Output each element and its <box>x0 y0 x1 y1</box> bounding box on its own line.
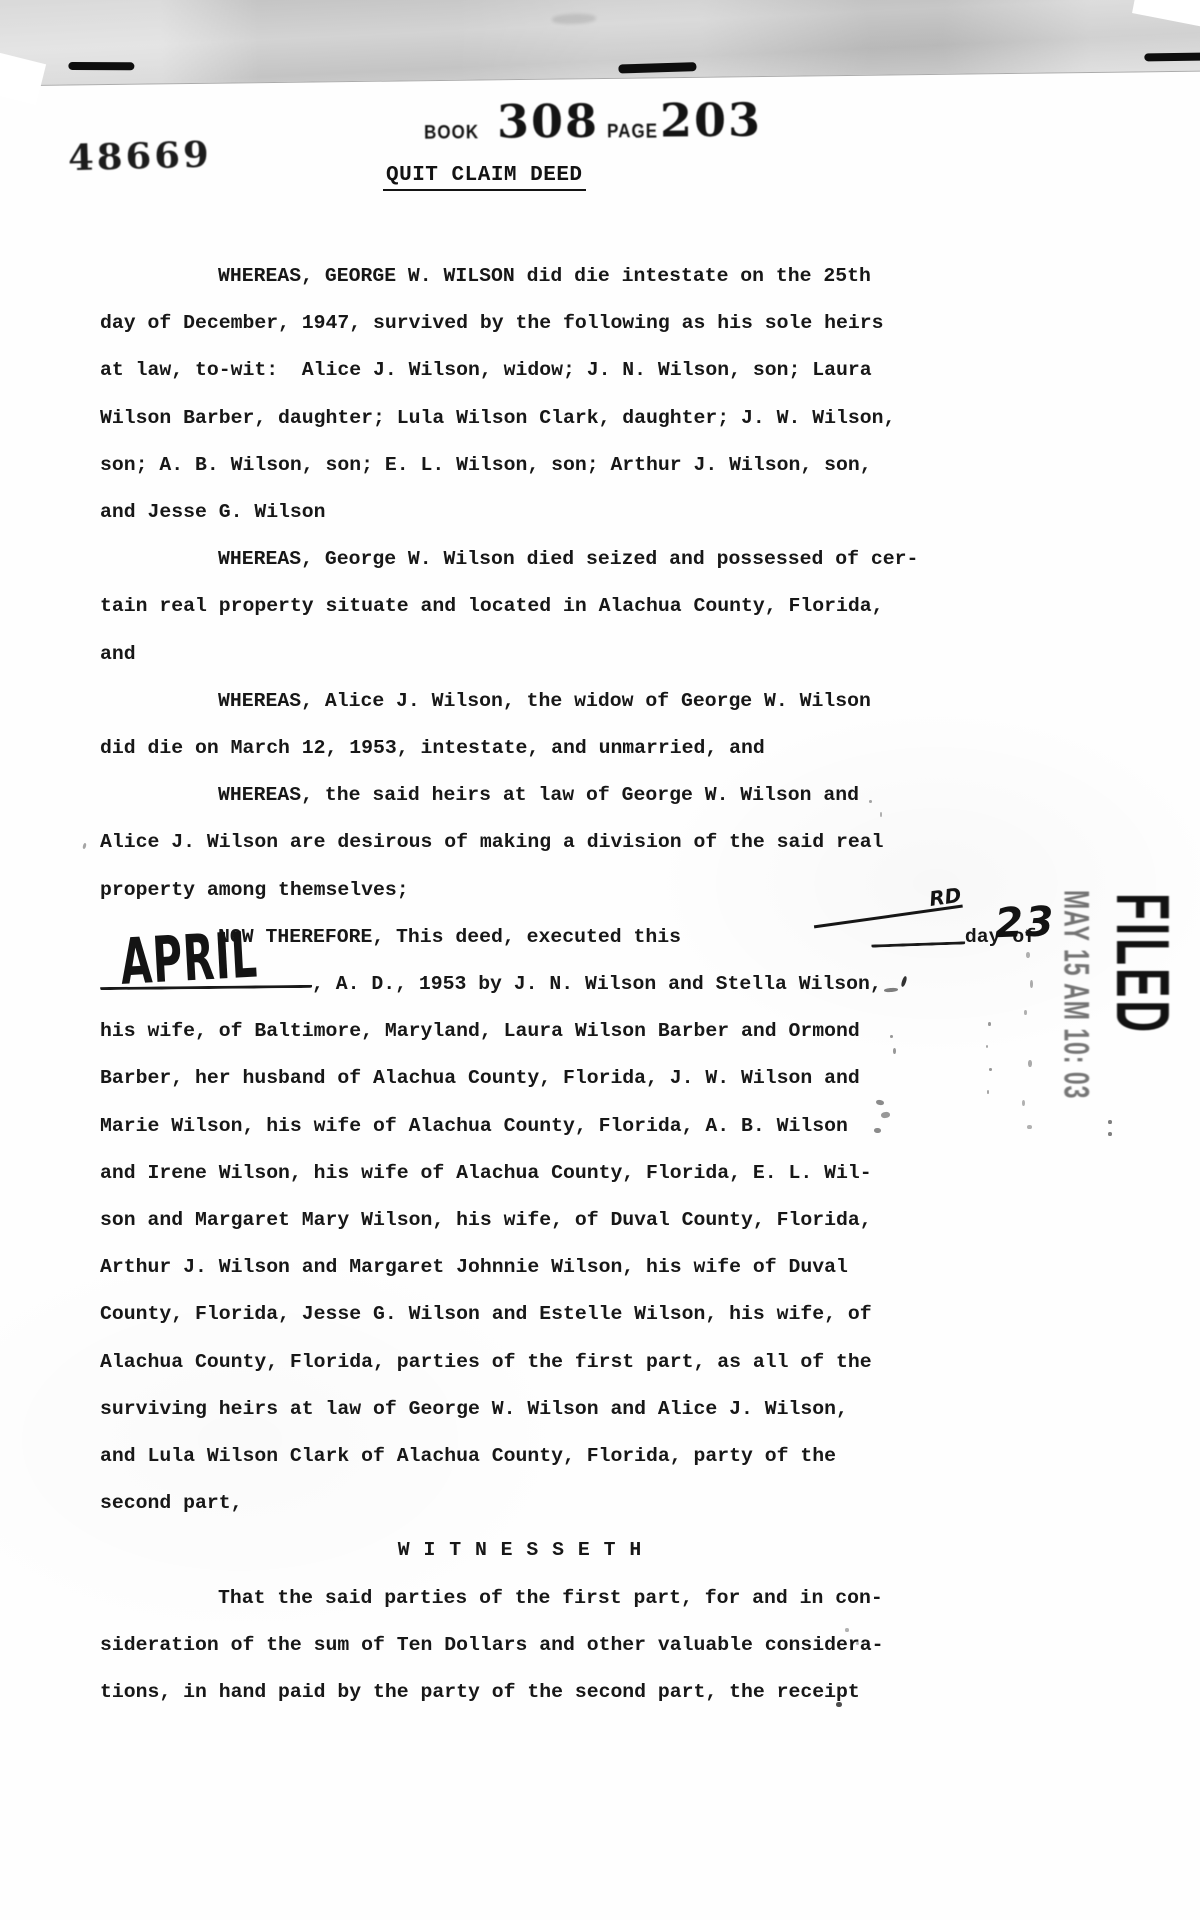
book-page-stamp: BOOK 308 PAGE 203 <box>424 97 762 145</box>
deed-text-line: WHEREAS, George W. Wilson died seized an… <box>100 536 1110 583</box>
ink-speck <box>856 1642 859 1645</box>
ink-speck <box>1027 1125 1032 1129</box>
ink-speck <box>1028 1060 1032 1067</box>
deed-text-line: Arthur J. Wilson and Margaret Johnnie Wi… <box>100 1244 1110 1291</box>
deed-text-line: Wilson Barber, daughter; Lula Wilson Cla… <box>100 395 1110 442</box>
deed-text-line: and Jesse G. Wilson <box>100 489 1110 536</box>
typed-text: Arthur J. Wilson and Margaret Johnnie Wi… <box>100 1256 848 1278</box>
ink-speck <box>874 1128 881 1134</box>
ink-speck <box>988 1022 991 1026</box>
deed-text-line: at law, to-wit: Alice J. Wilson, widow; … <box>100 347 1110 394</box>
typed-text: sideration of the sum of Ten Dollars and… <box>100 1634 883 1656</box>
deed-text-line: WHEREAS, Alice J. Wilson, the widow of G… <box>100 678 1110 725</box>
typed-text: Alachua County, Florida, parties of the … <box>100 1351 872 1373</box>
ink-speck <box>989 1068 992 1071</box>
registration-dash <box>618 62 696 73</box>
typed-blank-space <box>681 926 871 948</box>
typed-text: WHEREAS, GEORGE W. WILSON did die intest… <box>218 265 871 287</box>
deed-text-line: tain real property situate and located i… <box>100 583 1110 630</box>
typed-text: County, Florida, Jesse G. Wilson and Est… <box>100 1303 872 1325</box>
ink-speck <box>890 1035 893 1038</box>
typed-text: his wife, of Baltimore, Maryland, Laura … <box>100 1020 860 1042</box>
ink-speck <box>1026 952 1030 958</box>
ink-speck <box>893 1048 896 1054</box>
page-number: 203 <box>660 97 762 144</box>
typed-text: Marie Wilson, his wife of Alachua County… <box>100 1115 848 1137</box>
typed-text: Barber, her husband of Alachua County, F… <box>100 1067 860 1089</box>
typed-text: and Lula Wilson Clark of Alachua County,… <box>100 1445 836 1467</box>
typed-text: WHEREAS, the said heirs at law of George… <box>218 784 859 806</box>
typed-text: WHEREAS, Alice J. Wilson, the widow of G… <box>218 690 871 712</box>
typed-text: and Jesse G. Wilson <box>100 501 326 523</box>
deed-text-line: WHEREAS, GEORGE W. WILSON did die intest… <box>100 253 1110 300</box>
typed-text: Alice J. Wilson are desirous of making a… <box>100 831 883 853</box>
registration-dash <box>1144 52 1200 61</box>
typed-text: surviving heirs at law of George W. Wils… <box>100 1398 848 1420</box>
typed-text: NOW THEREFORE, This deed, executed this <box>218 926 681 948</box>
deed-text-line: Alice J. Wilson are desirous of making a… <box>100 819 1110 866</box>
filed-stamp-label: FILED <box>1103 893 1178 1035</box>
book-number: 308 <box>497 98 599 145</box>
deed-text-line: surviving heirs at law of George W. Wils… <box>100 1386 1110 1433</box>
book-label: BOOK <box>424 121 479 144</box>
deed-text-line: APRIL, A. D., 1953 by J. N. Wilson and S… <box>100 961 1110 1008</box>
document-title: QUIT CLAIM DEED <box>383 164 586 191</box>
deed-text-line: That the said parties of the first part,… <box>100 1575 1110 1622</box>
scanner-edge-artifact <box>0 0 1200 86</box>
typed-text: and <box>100 643 136 665</box>
ink-speck <box>1024 1010 1027 1015</box>
deed-text-line: tions, in hand paid by the party of the … <box>100 1669 1110 1716</box>
deed-text-line: son; A. B. Wilson, son; E. L. Wilson, so… <box>100 442 1110 489</box>
deed-text-line: his wife, of Baltimore, Maryland, Laura … <box>100 1008 1110 1055</box>
typed-text: WHEREAS, George W. Wilson died seized an… <box>218 548 918 570</box>
ink-speck <box>1108 1120 1112 1124</box>
ink-speck <box>880 812 882 817</box>
typed-text: at law, to-wit: Alice J. Wilson, widow; … <box>100 359 872 381</box>
typed-text: tions, in hand paid by the party of the … <box>100 1681 860 1703</box>
deed-text-line: sideration of the sum of Ten Dollars and… <box>100 1622 1110 1669</box>
handwritten-day: 23RD <box>871 923 966 947</box>
typed-text: W I T N E S S E T H <box>398 1539 643 1561</box>
deed-text-line: second part, <box>100 1480 1110 1527</box>
typed-text: and Irene Wilson, his wife of Alachua Co… <box>100 1162 872 1184</box>
document-number-stamp: 48669 <box>67 133 212 179</box>
deed-text-line: day of December, 1947, survived by the f… <box>100 300 1110 347</box>
deed-text-line: son and Margaret Mary Wilson, his wife, … <box>100 1197 1110 1244</box>
typed-text: Wilson Barber, daughter; Lula Wilson Cla… <box>100 407 895 429</box>
deed-text-line: and Lula Wilson Clark of Alachua County,… <box>100 1433 1110 1480</box>
typed-text: second part, <box>100 1492 242 1514</box>
ink-speck <box>987 1090 989 1094</box>
scanned-quit-claim-deed-page: 48669 BOOK 308 PAGE 203 QUIT CLAIM DEED … <box>0 0 1200 1920</box>
registration-dash <box>68 62 134 70</box>
ink-speck <box>1030 980 1033 988</box>
handwritten-month: APRIL <box>119 924 259 995</box>
typed-text: did die on March 12, 1953, intestate, an… <box>100 737 765 759</box>
ink-speck <box>1022 1100 1025 1106</box>
typed-text: property among themselves; <box>100 879 409 901</box>
deed-body: WHEREAS, GEORGE W. WILSON did die intest… <box>100 253 1110 1716</box>
typed-text: , A. D., 1953 by J. N. Wilson and Stella… <box>312 973 882 995</box>
typed-text: day of December, 1947, survived by the f… <box>100 312 883 334</box>
deed-text-line: and <box>100 631 1110 678</box>
deed-text-line: Marie Wilson, his wife of Alachua County… <box>100 1103 1110 1150</box>
deed-text-line: County, Florida, Jesse G. Wilson and Est… <box>100 1291 1110 1338</box>
ink-speck <box>1108 1132 1112 1136</box>
ink-speck <box>986 1045 988 1048</box>
filed-stamp-datetime: MAY 15 AM 10: 03 <box>1058 890 1094 1099</box>
typed-text: son and Margaret Mary Wilson, his wife, … <box>100 1209 872 1231</box>
deed-text-line: WHEREAS, the said heirs at law of George… <box>100 772 1110 819</box>
ink-speck <box>836 1702 842 1707</box>
ink-speck <box>845 1628 849 1632</box>
deed-text-line: did die on March 12, 1953, intestate, an… <box>100 725 1110 772</box>
ink-speck <box>82 843 86 850</box>
typed-text: tain real property situate and located i… <box>100 595 883 617</box>
handwritten-month-blank: APRIL <box>100 967 312 990</box>
deed-text-line: Barber, her husband of Alachua County, F… <box>100 1055 1110 1102</box>
typed-text: That the said parties of the first part,… <box>218 1587 883 1609</box>
typed-text: son; A. B. Wilson, son; E. L. Wilson, so… <box>100 454 872 476</box>
deed-text-line: Alachua County, Florida, parties of the … <box>100 1339 1110 1386</box>
witnesseth-heading: W I T N E S S E T H <box>100 1527 1110 1574</box>
deed-text-line: and Irene Wilson, his wife of Alachua Co… <box>100 1150 1110 1197</box>
ink-speck <box>869 800 872 803</box>
page-label: PAGE <box>607 120 658 143</box>
